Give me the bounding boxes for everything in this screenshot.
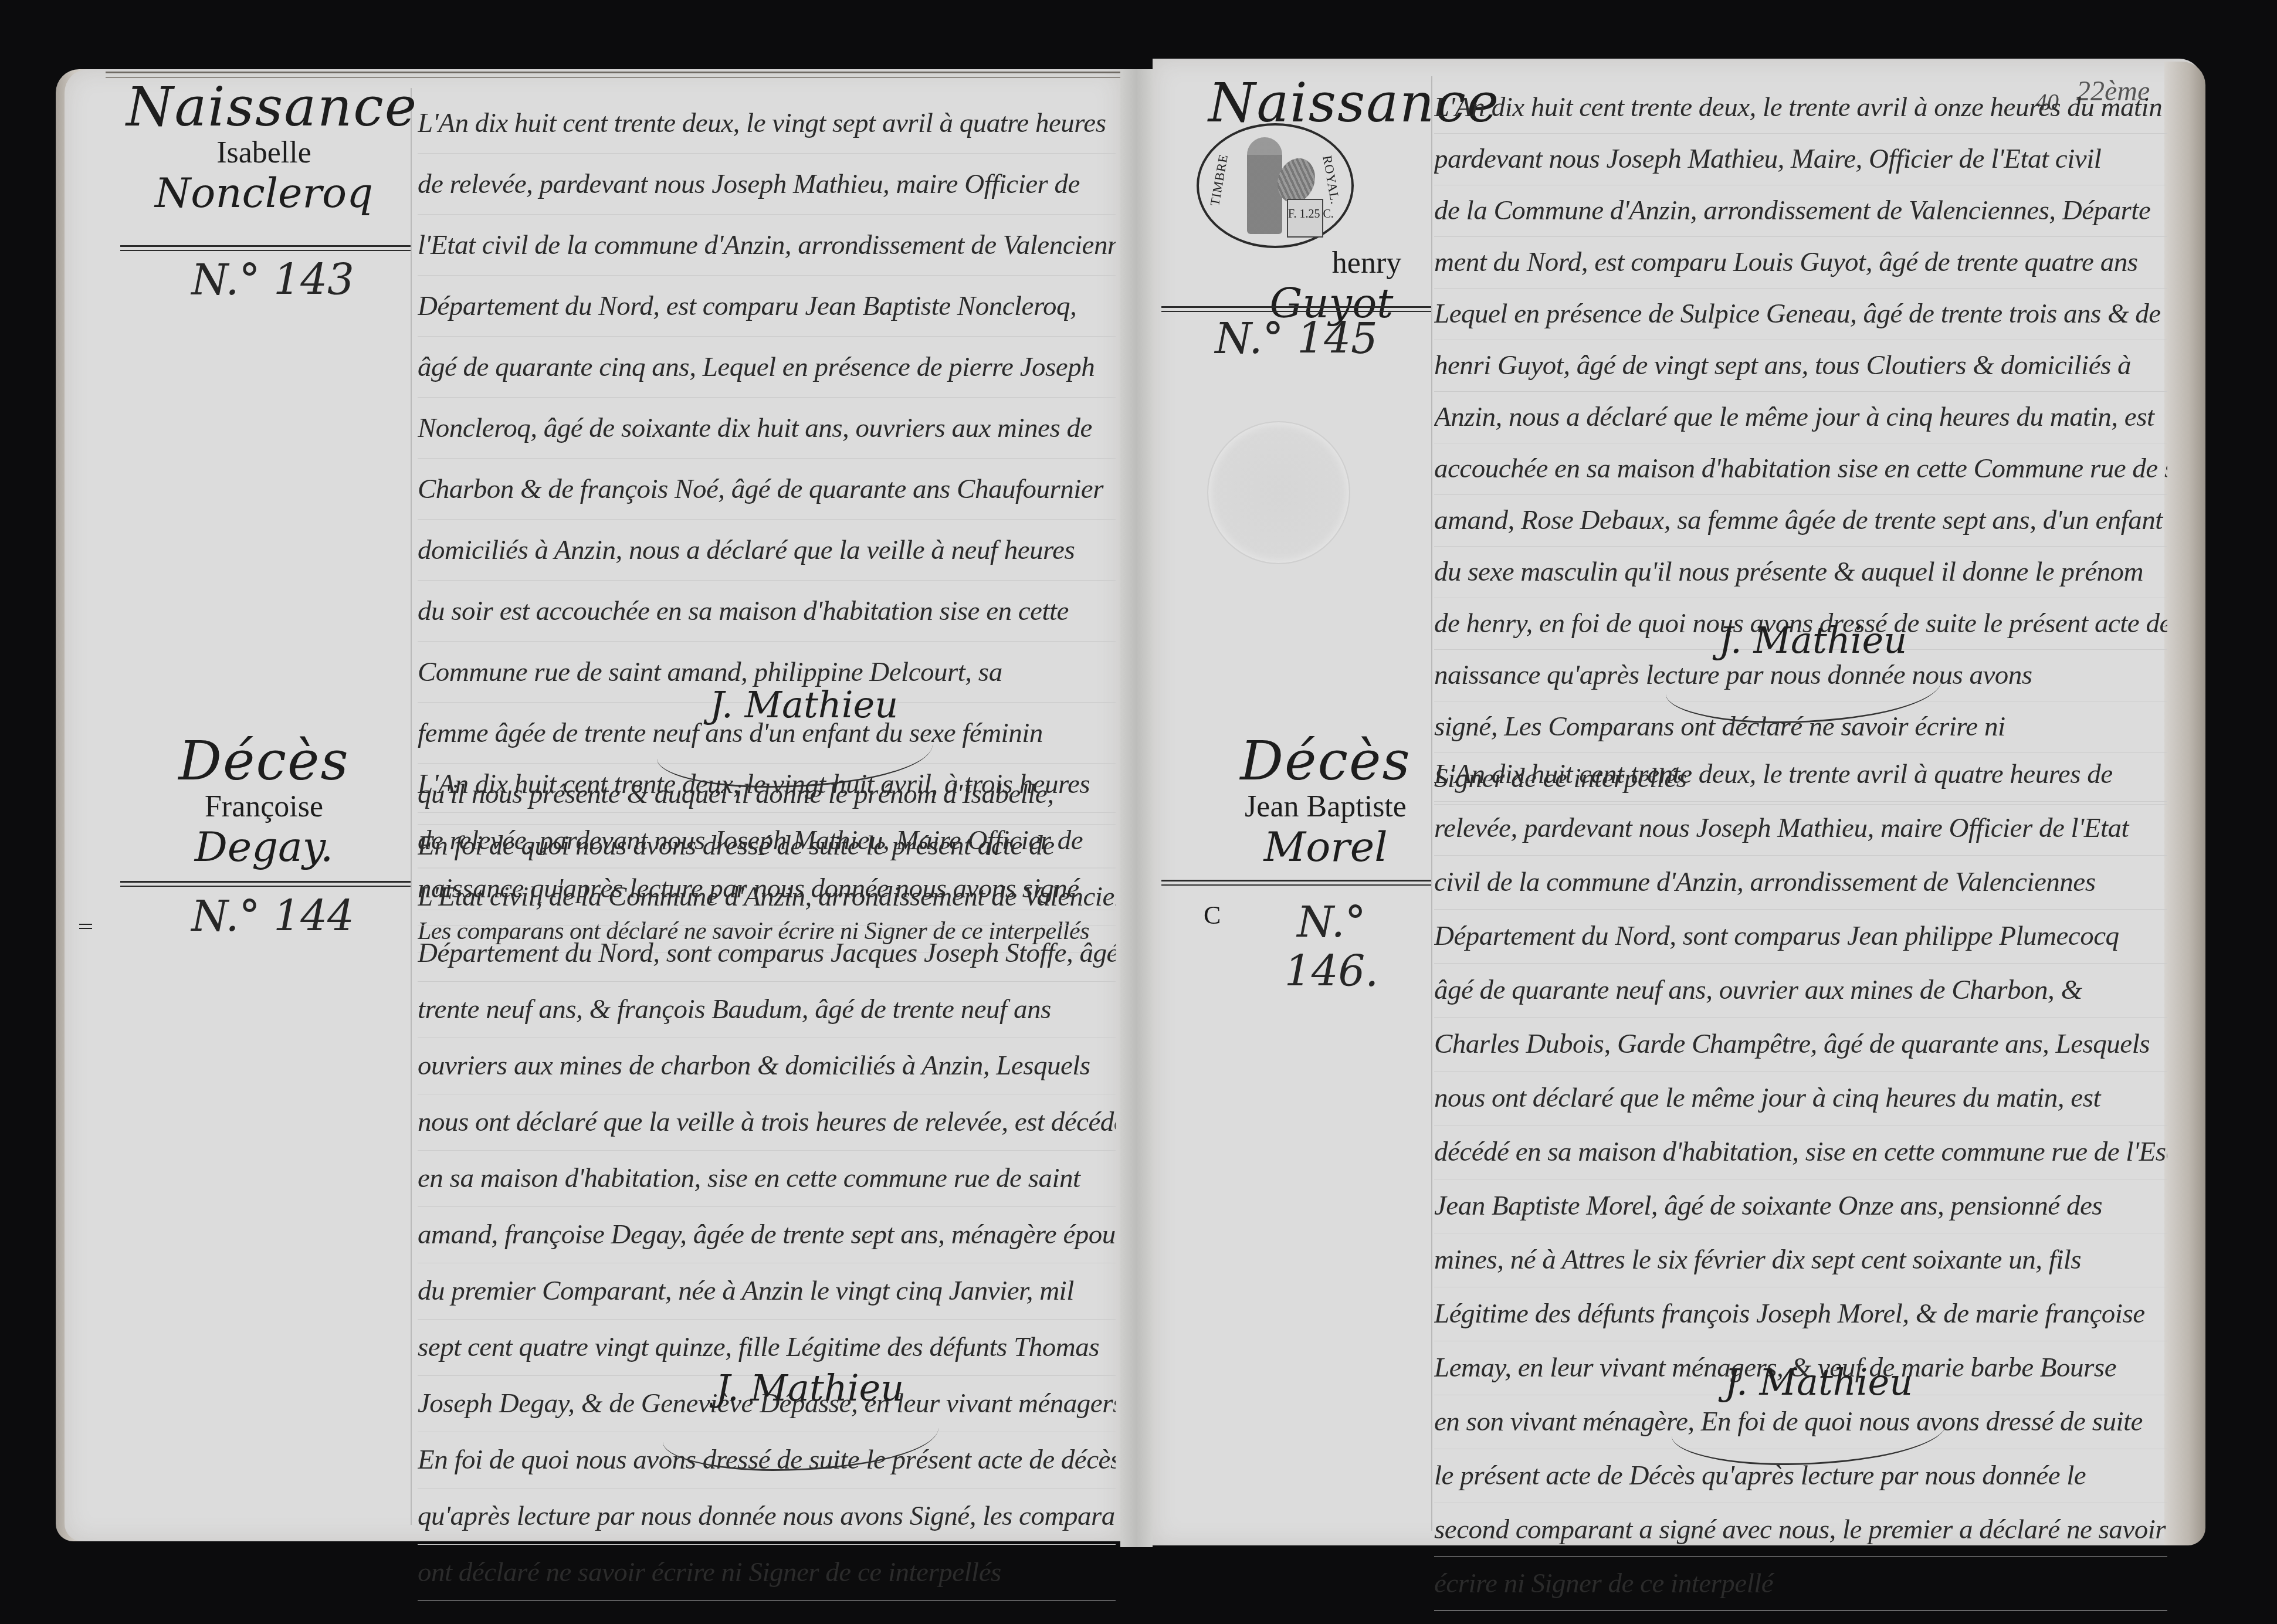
record-given-name: Isabelle bbox=[126, 136, 402, 169]
record-heading-143: Naissance Isabelle Noncleroq bbox=[126, 79, 402, 216]
body-line: L'An dix huit cent trente deux, le vingt… bbox=[418, 757, 1116, 813]
body-line: âgé de quarante cinq ans, Lequel en prés… bbox=[418, 337, 1116, 398]
record-given-name: henry bbox=[1208, 246, 1455, 280]
body-line: du sexe masculin qu'il nous présente & a… bbox=[1434, 547, 2167, 598]
stamp-text-right: ROYAL. bbox=[1319, 154, 1343, 206]
embossed-seal bbox=[1207, 421, 1350, 564]
signature-mayor: J. Mathieu bbox=[716, 1367, 904, 1409]
record-heading-145: Naissance bbox=[1208, 75, 1455, 132]
signature-mayor: J. Mathieu bbox=[1719, 619, 1907, 662]
body-line: mines, né à Attres le six février dix se… bbox=[1434, 1233, 2167, 1287]
body-line: amand, françoise Degay, âgée de trente s… bbox=[418, 1207, 1116, 1263]
record-surname: Morel bbox=[1208, 823, 1443, 871]
body-line: de relevée, pardevant nous Joseph Mathie… bbox=[418, 154, 1116, 215]
record-body-144: L'An dix huit cent trente deux, le vingt… bbox=[418, 757, 1116, 1601]
body-line: qu'après lecture par nous donnée nous av… bbox=[418, 1489, 1116, 1545]
body-line: en sa maison d'habitation, sise en cette… bbox=[418, 1151, 1116, 1207]
record-number: N.° 146. bbox=[1243, 897, 1419, 996]
body-line: écrire ni Signer de ce interpellé bbox=[1434, 1557, 2167, 1611]
body-line: Légitime des défunts françois Joseph Mor… bbox=[1434, 1287, 2167, 1341]
body-line: amand, Rose Debaux, sa femme âgée de tre… bbox=[1434, 495, 2167, 547]
record-type: Naissance bbox=[1208, 75, 1455, 132]
record-given-name: Jean Baptiste bbox=[1208, 790, 1443, 823]
body-line: L'An dix huit cent trente deux, le trent… bbox=[1434, 82, 2167, 134]
margin-column-rule-left bbox=[411, 88, 412, 1525]
stamp-text-left: TIMBRE bbox=[1207, 153, 1231, 207]
body-line: L'Etat civil, de la Commune d'Anzin, arr… bbox=[418, 869, 1116, 925]
body-line: accouchée en sa maison d'habitation sise… bbox=[1434, 443, 2167, 495]
record-surname: Degay. bbox=[126, 823, 402, 871]
body-line: Département du Nord, sont comparus Jean … bbox=[1434, 910, 2167, 964]
body-line: Charles Dubois, Garde Champêtre, âgé de … bbox=[1434, 1018, 2167, 1072]
body-line: Noncleroq, âgé de soixante dix huit ans,… bbox=[418, 398, 1116, 459]
timbre-royal-stamp: TIMBRE ROYAL. F. 1.25 C. bbox=[1197, 123, 1354, 248]
body-line: du premier Comparant, née à Anzin le vin… bbox=[418, 1263, 1116, 1320]
record-heading-146: Décès Jean Baptiste Morel bbox=[1208, 733, 1443, 870]
body-line: Lequel en présence de Sulpice Geneau, âg… bbox=[1434, 289, 2167, 340]
record-number: N.° 144 bbox=[176, 891, 370, 941]
record-given-name: Françoise bbox=[126, 790, 402, 823]
heading-divider bbox=[1161, 880, 1431, 886]
heading-divider bbox=[120, 881, 411, 887]
book-edge-right bbox=[2164, 62, 2205, 1545]
body-line: ouvriers aux mines de charbon & domicili… bbox=[418, 1038, 1116, 1094]
body-line: second comparant a signé avec nous, le p… bbox=[1434, 1503, 2167, 1557]
body-line: décédé en sa maison d'habitation, sise e… bbox=[1434, 1125, 2167, 1179]
body-line: pardevant nous Joseph Mathieu, Maire, Of… bbox=[1434, 134, 2167, 185]
body-line: de la Commune d'Anzin, arrondissement de… bbox=[1434, 185, 2167, 237]
record-type: Décès bbox=[1208, 733, 1443, 790]
body-line: ont déclaré ne savoir écrire ni Signer d… bbox=[418, 1545, 1116, 1601]
book-gutter bbox=[1120, 69, 1153, 1547]
body-line: L'An dix huit cent trente deux, le vingt… bbox=[418, 93, 1116, 154]
body-line: nous ont déclaré que le même jour à cinq… bbox=[1434, 1072, 2167, 1125]
body-line: relevée, pardevant nous Joseph Mathieu, … bbox=[1434, 802, 2167, 856]
heading-divider bbox=[1161, 306, 1431, 312]
signature-mayor: J. Mathieu bbox=[1724, 1361, 1913, 1403]
body-line: âgé de quarante neuf ans, ouvrier aux mi… bbox=[1434, 964, 2167, 1018]
body-line: civil de la commune d'Anzin, arrondissem… bbox=[1434, 856, 2167, 910]
record-type: Décès bbox=[126, 733, 402, 790]
record-number: N.° 143 bbox=[176, 255, 370, 304]
heading-divider bbox=[120, 245, 411, 251]
margin-mark: C bbox=[1204, 900, 1221, 930]
body-line: de relevée, pardevant nous Joseph Mathie… bbox=[418, 813, 1116, 869]
body-line: ment du Nord, est comparu Louis Guyot, â… bbox=[1434, 237, 2167, 289]
record-heading-144: Décès Françoise Degay. bbox=[126, 733, 402, 870]
stamp-price: F. 1.25 C. bbox=[1288, 208, 1334, 221]
record-body-146: L'An dix huit cent trente deux, le trent… bbox=[1434, 748, 2167, 1611]
body-line: l'Etat civil de la commune d'Anzin, arro… bbox=[418, 215, 1116, 276]
body-line: domiciliés à Anzin, nous a déclaré que l… bbox=[418, 520, 1116, 581]
body-line: trente neuf ans, & françois Baudum, âgé … bbox=[418, 982, 1116, 1038]
margin-tick bbox=[79, 924, 92, 929]
body-line: Anzin, nous a déclaré que le même jour à… bbox=[1434, 392, 2167, 443]
body-line: Département du Nord, est comparu Jean Ba… bbox=[418, 276, 1116, 337]
record-surname: Noncleroq bbox=[126, 169, 402, 217]
body-line: du soir est accouchée en sa maison d'hab… bbox=[418, 581, 1116, 642]
signature-mayor: J. Mathieu bbox=[710, 683, 898, 726]
record-type: Naissance bbox=[126, 79, 402, 136]
record-number: N.° 145 bbox=[1208, 314, 1384, 363]
body-line: Charbon & de françois Noé, âgé de quaran… bbox=[418, 459, 1116, 520]
body-line: henri Guyot, âgé de vingt sept ans, tous… bbox=[1434, 340, 2167, 392]
body-line: L'An dix huit cent trente deux, le trent… bbox=[1434, 748, 2167, 802]
body-line: nous ont déclaré que la veille à trois h… bbox=[418, 1094, 1116, 1151]
body-line: Département du Nord, sont comparus Jacqu… bbox=[418, 925, 1116, 982]
body-line: Jean Baptiste Morel, âgé de soixante Onz… bbox=[1434, 1179, 2167, 1233]
